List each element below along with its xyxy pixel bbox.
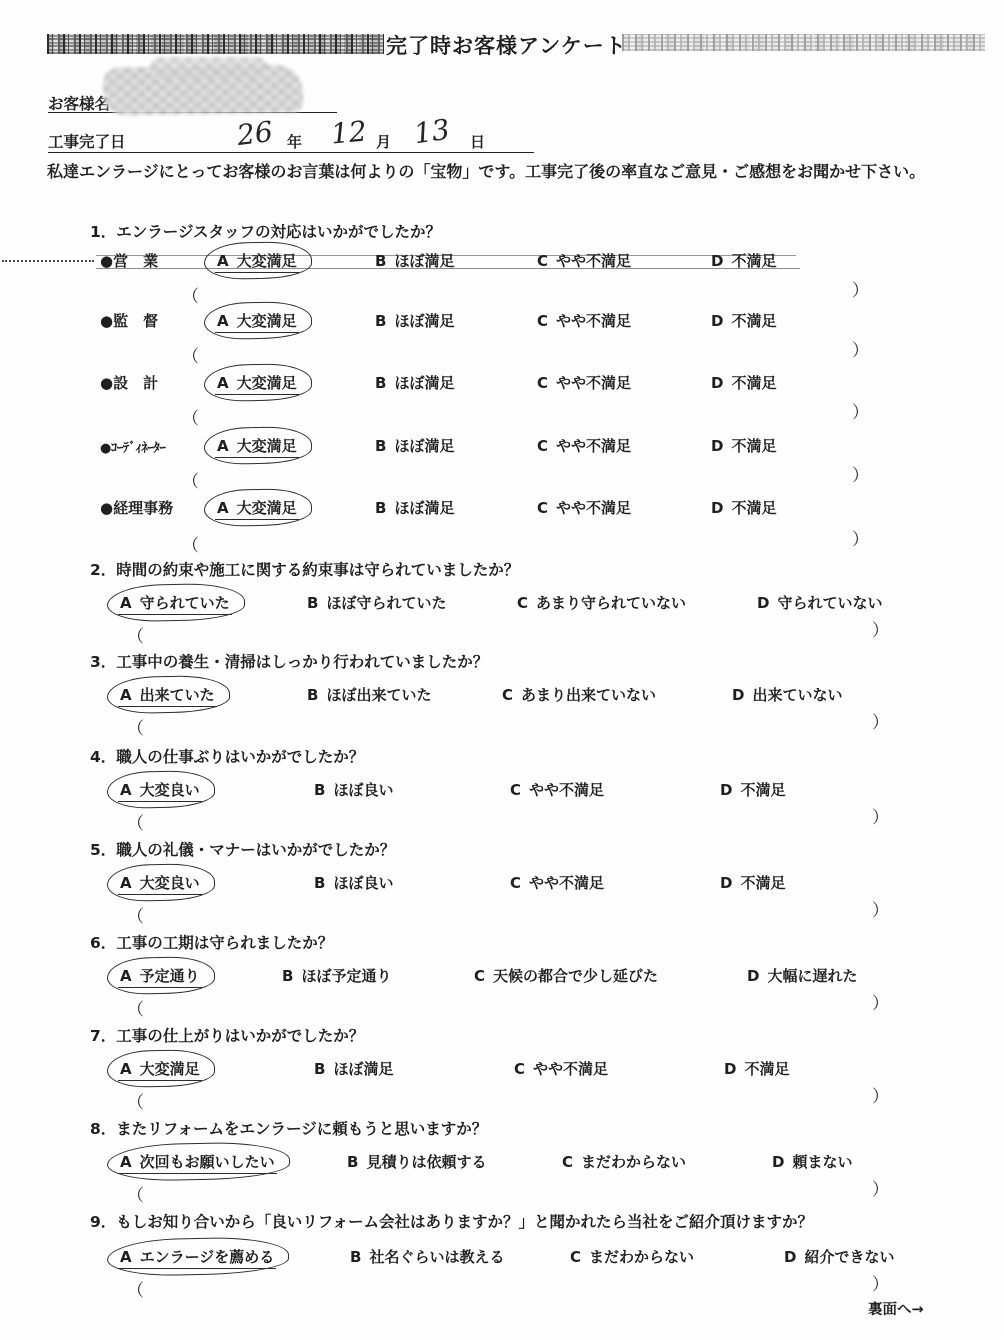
option-c: Cあまり出来ていない (500, 684, 730, 705)
comment-close-paren: ） (852, 276, 869, 301)
question-title: 3．工事中の養生・清掃はしっかり行われていましたか？ (90, 650, 488, 672)
option-b: Bほぼ出来ていた (305, 684, 500, 705)
customer-name-redacted (150, 57, 268, 79)
form-title: 完了時お客様アンケート (386, 30, 627, 60)
option-d: D出来ていない (730, 684, 844, 705)
scan-noise-band-right (622, 34, 985, 51)
option-a: A予定通り (118, 965, 280, 988)
comment-open-paren: （ (127, 1181, 144, 1206)
option-d: D不満足 (709, 497, 778, 518)
survey-scan-page: 完了時お客様アンケート お客様名 工事完了日 26 年 12 月 13 日 私達… (0, 0, 1003, 1339)
option-c: Cまだわからない (568, 1246, 782, 1267)
option-a: A出来ていた (118, 684, 305, 707)
comment-open-paren: （ (127, 1276, 144, 1301)
comment-open-paren: （ (127, 995, 144, 1020)
question-title: 7．工事の仕上がりはいかがでしたか？ (90, 1024, 364, 1046)
question-title: 2．時間の約束や施工に関する約束事は守られていましたか？ (90, 558, 519, 580)
option-d: D紹介できない (782, 1246, 896, 1267)
intro-text: 私達エンラージにとってお客様のお言葉は何よりの「宝物」です。工事完了後の率直なご… (47, 159, 925, 182)
options-row: A大変満足 Bほぼ満足 Cやや不満足 D不満足 (215, 372, 778, 395)
option-c: Cやや不満足 (535, 310, 709, 331)
handwritten-month: 12 (330, 115, 368, 151)
comment-close-paren: ） (872, 1175, 889, 1200)
option-b: Bほぼ良い (312, 779, 508, 800)
option-c: Cやや不満足 (512, 1058, 722, 1079)
comment-open-paren: （ (182, 531, 199, 556)
staff-row-coordinator-label: ●ｺｰﾃﾞｨﾈｰﾀｰ (100, 437, 165, 456)
options-row: A守られていた Bほぼ守られていた Cあまり守られていない D守られていない (118, 592, 884, 615)
completion-date-label: 工事完了日 (48, 130, 126, 152)
option-c: Cやや不満足 (535, 372, 709, 393)
question-title: 9．もしお知り合いから「良いリフォーム会社はありますか？」と聞かれたら当社をご紹… (90, 1210, 813, 1232)
question-title: 1．エンラージスタッフの対応はいかがでしたか？ (90, 220, 441, 242)
staff-row-design-label: ●設 計 (100, 372, 158, 393)
comment-open-paren: （ (182, 342, 199, 367)
staff-row-supervisor-label: ●監 督 (100, 310, 158, 331)
comment-open-paren: （ (127, 902, 144, 927)
comment-close-paren: ） (852, 461, 869, 486)
comment-close-paren: ） (872, 1082, 889, 1107)
option-c: Cやや不満足 (535, 435, 709, 456)
option-b: Bほぼ満足 (373, 497, 535, 518)
comment-open-paren: （ (127, 1088, 144, 1113)
option-b: B見積りは依頼する (345, 1151, 560, 1172)
back-page-note: 裏面へ→ (868, 1298, 924, 1319)
option-c: Cやや不満足 (508, 779, 718, 800)
option-b: Bほぼ満足 (373, 372, 535, 393)
question-title: 4．職人の仕事ぶりはいかがでしたか？ (90, 745, 364, 767)
question-title: 8．またリフォームをエンラージに頼もうと思いますか？ (90, 1117, 487, 1139)
comment-close-paren: ） (872, 896, 889, 921)
option-a: A次回もお願いしたい (118, 1151, 345, 1174)
staff-row-sales-label: ●営 業 (100, 250, 158, 271)
comment-close-paren: ） (872, 708, 889, 733)
question-title: 6．工事の工期は守られましたか？ (90, 931, 333, 953)
options-row: A大変満足 Bほぼ満足 Cやや不満足 D不満足 (215, 435, 778, 458)
option-b: Bほぼ守られていた (305, 592, 515, 613)
options-row: A大変満足 Bほぼ満足 Cやや不満足 D不満足 (118, 1058, 791, 1081)
option-a: A大変満足 (215, 497, 373, 520)
option-c: C天候の都合で少し延びた (472, 965, 745, 986)
option-d: D大幅に遅れた (745, 965, 859, 986)
options-row: A予定通り Bほぼ予定通り C天候の都合で少し延びた D大幅に遅れた (118, 965, 859, 988)
options-row: A大変満足 Bほぼ満足 Cやや不満足 D不満足 (215, 497, 778, 520)
scan-noise-band-left (47, 34, 384, 54)
option-b: Bほぼ満足 (373, 250, 535, 271)
year-unit: 年 (287, 131, 302, 152)
comment-close-paren: ） (872, 1270, 889, 1295)
question-title: 5．職人の礼儀・マナーはいかがでしたか？ (90, 838, 395, 860)
comment-open-paren: （ (182, 282, 199, 307)
comment-open-paren: （ (182, 467, 199, 492)
option-b: Bほぼ満足 (373, 435, 535, 456)
option-d: D不満足 (718, 779, 787, 800)
month-unit: 月 (376, 131, 391, 152)
option-c: Cあまり守られていない (515, 592, 755, 613)
staff-row-accounting-label: ●経理事務 (100, 497, 173, 518)
option-a: A大変良い (118, 779, 312, 802)
option-a: A守られていた (118, 592, 305, 615)
option-d: D不満足 (722, 1058, 791, 1079)
option-a: A大変良い (118, 872, 312, 895)
option-c: Cやや不満足 (508, 872, 718, 893)
options-row: A大変良い Bほぼ良い Cやや不満足 D不満足 (118, 779, 787, 802)
options-row: Aエンラージを薦める B社名ぐらいは教える Cまだわからない D紹介できない (118, 1246, 896, 1269)
comment-close-paren: ） (872, 989, 889, 1014)
comment-close-paren: ） (852, 336, 869, 361)
option-d: D不満足 (709, 372, 778, 393)
comment-close-paren: ） (852, 398, 869, 423)
options-row: A出来ていた Bほぼ出来ていた Cあまり出来ていない D出来ていない (118, 684, 844, 707)
customer-name-label: お客様名 (48, 92, 110, 114)
comment-open-paren: （ (182, 404, 199, 429)
option-a: A大変満足 (118, 1058, 312, 1081)
option-a: A大変満足 (215, 250, 373, 273)
option-c: Cやや不満足 (535, 250, 709, 271)
option-b: Bほぼ満足 (312, 1058, 512, 1079)
handwritten-day: 13 (412, 113, 452, 151)
day-unit: 日 (470, 131, 485, 152)
comment-open-paren: （ (127, 809, 144, 834)
options-row: A次回もお願いしたい B見積りは依頼する Cまだわからない D頼まない (118, 1151, 854, 1174)
option-d: D不満足 (709, 435, 778, 456)
option-b: Bほぼ予定通り (280, 965, 472, 986)
option-a: A大変満足 (215, 310, 373, 333)
scan-noise-dots (2, 260, 94, 262)
option-b: Bほぼ満足 (373, 310, 535, 331)
option-a: A大変満足 (215, 435, 373, 458)
comment-open-paren: （ (127, 622, 144, 647)
comment-close-paren: ） (872, 616, 889, 641)
option-b: Bほぼ良い (312, 872, 508, 893)
option-d: D不満足 (718, 872, 787, 893)
handwritten-year: 26 (235, 115, 274, 152)
option-a: A大変満足 (215, 372, 373, 395)
option-b: B社名ぐらいは教える (348, 1246, 568, 1267)
options-row: A大変良い Bほぼ良い Cやや不満足 D不満足 (118, 872, 787, 895)
option-c: Cまだわからない (560, 1151, 770, 1172)
option-d: D不満足 (709, 310, 778, 331)
option-d: D守られていない (755, 592, 884, 613)
option-d: D頼まない (770, 1151, 854, 1172)
option-d: D不満足 (709, 250, 778, 271)
option-c: Cやや不満足 (535, 497, 709, 518)
comment-close-paren: ） (852, 525, 869, 550)
options-row: A大変満足 Bほぼ満足 Cやや不満足 D不満足 (215, 310, 778, 333)
options-row: A大変満足 Bほぼ満足 Cやや不満足 D不満足 (215, 250, 778, 273)
completion-date-underline (48, 152, 534, 153)
comment-close-paren: ） (872, 803, 889, 828)
option-a: Aエンラージを薦める (118, 1246, 348, 1269)
comment-open-paren: （ (127, 714, 144, 739)
